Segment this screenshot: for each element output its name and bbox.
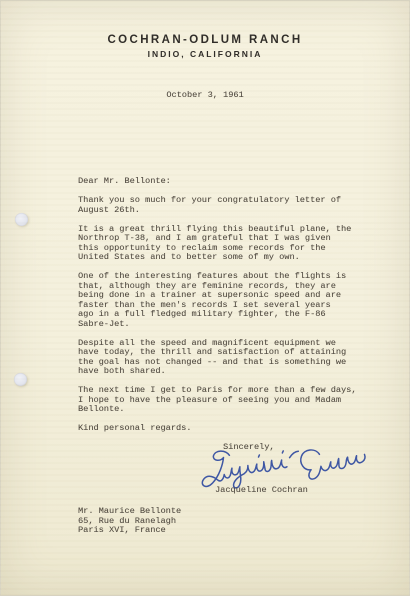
date-line: October 3, 1961 (0, 91, 410, 101)
hole-punch-top (15, 213, 28, 226)
typed-signature-name: Jacqueline Cochran (215, 486, 308, 496)
letterhead: COCHRAN-ODLUM RANCH INDIO, CALIFORNIA (0, 34, 410, 59)
paragraph: It is a great thrill flying this beautif… (78, 225, 356, 263)
paragraph: The next time I get to Paris for more th… (78, 386, 356, 415)
letterhead-ranch-name: COCHRAN-ODLUM RANCH (0, 34, 410, 46)
paragraph: Thank you so much for your congratulator… (78, 196, 356, 215)
letter-page: COCHRAN-ODLUM RANCH INDIO, CALIFORNIA Oc… (0, 0, 410, 596)
paragraph: One of the interesting features about th… (78, 272, 356, 329)
paragraph: Despite all the speed and magnificent eq… (78, 339, 356, 377)
recipient-address: Mr. Maurice Bellonte 65, Rue du Ranelagh… (78, 507, 181, 536)
closing-phrase: Kind personal regards. (78, 424, 356, 434)
letterhead-location: INDIO, CALIFORNIA (0, 50, 410, 59)
hole-punch-bottom (14, 373, 27, 386)
salutation: Dear Mr. Bellonte: (78, 177, 356, 187)
letter-body: Dear Mr. Bellonte: Thank you so much for… (78, 177, 356, 434)
